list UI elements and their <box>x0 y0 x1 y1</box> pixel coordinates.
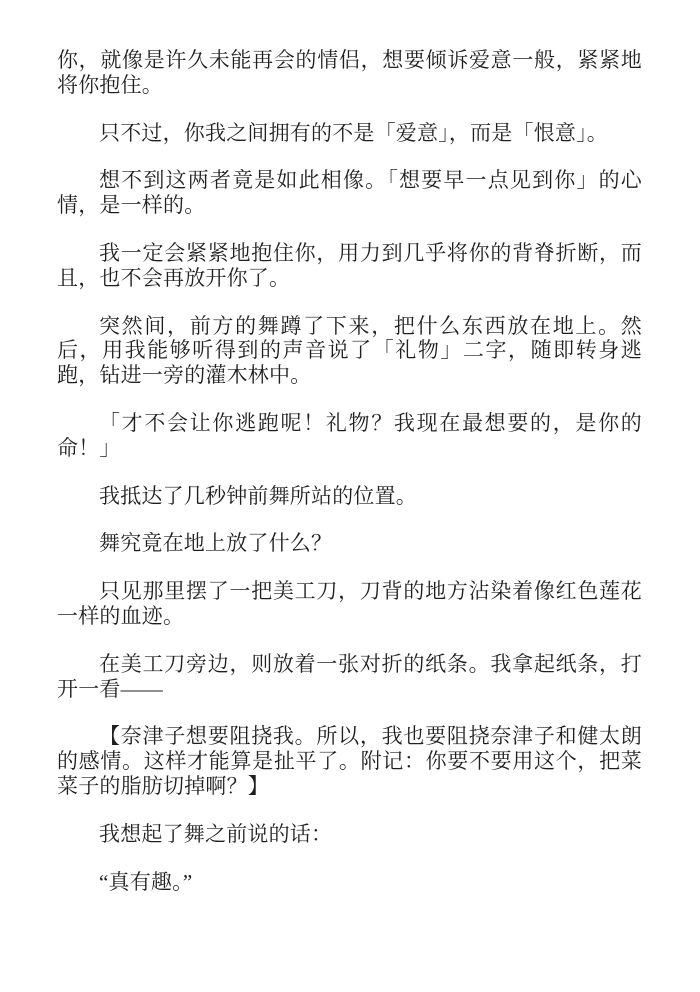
paragraph-text: 「才不会让你逃跑呢！礼物？我现在最想要的，是你的命！」 <box>57 411 642 461</box>
paragraph-text: 突然间，前方的舞蹲了下来，把什么东西放在地上。然后，用我能够听得到的声音说了「礼… <box>57 314 642 388</box>
paragraph-text: 你，就像是许久未能再会的情侣，想要倾诉爱意一般，紧紧地将你抱住。 <box>57 48 642 98</box>
paragraph-text: 【奈津子想要阻挠我。所以，我也要阻挠奈津子和健太朗的感情。这样才能算是扯平了。附… <box>57 724 642 798</box>
paragraph-text: 舞究竟在地上放了什么？ <box>57 531 642 556</box>
paragraph-text: 只见那里摆了一把美工刀，刀背的地方沾染着像红色莲花一样的血迹。 <box>57 579 642 629</box>
paragraph-text: 只不过，你我之间拥有的不是「爱意」，而是「恨意」。 <box>57 121 642 146</box>
paragraph-text: 我想起了舞之前说的话： <box>57 822 642 847</box>
page-content: 你，就像是许久未能再会的情侣，想要倾诉爱意一般，紧紧地将你抱住。 只不过，你我之… <box>57 48 642 894</box>
paragraph-text: 在美工刀旁边，则放着一张对折的纸条。我拿起纸条，打开一看—— <box>57 652 642 702</box>
paragraph-text: 我一定会紧紧地抱住你，用力到几乎将你的背脊折断，而且，也不会再放开你了。 <box>57 241 642 291</box>
paragraph-text: 想不到这两者竟是如此相像。「想要早一点见到你」的心情，是一样的。 <box>57 168 642 218</box>
paragraph-text: “真有趣。” <box>57 870 642 895</box>
novel-page: 你，就像是许久未能再会的情侣，想要倾诉爱意一般，紧紧地将你抱住。 只不过，你我之… <box>0 0 700 992</box>
paragraph-text: 我抵达了几秒钟前舞所站的位置。 <box>57 484 642 509</box>
